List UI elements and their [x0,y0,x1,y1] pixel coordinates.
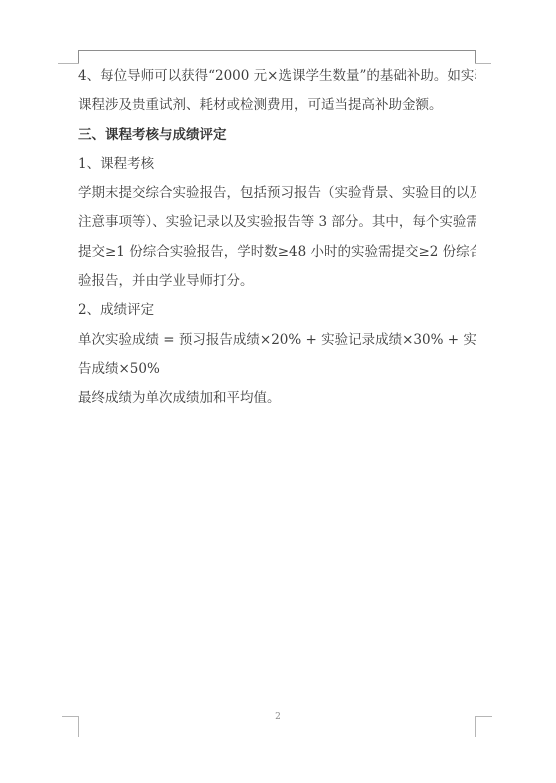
paragraph-line[interactable]: 4、每位导师可以获得“2000 元×选课学生数量”的基础补助。如实验 [78,62,476,91]
subsection-label[interactable]: 1、课程考核 [78,150,476,179]
document-body[interactable]: 4、每位导师可以获得“2000 元×选课学生数量”的基础补助。如实验 课程涉及贵… [78,62,476,414]
subsection-label[interactable]: 2、成绩评定 [78,296,476,325]
top-right-margin-corner-mark [475,63,491,64]
page-number: 2 [0,711,556,723]
paragraph-line[interactable]: 注意事项等）、实验记录以及实验报告等 3 部分。其中，每个实验需 [78,208,476,237]
header-boundary-line [78,50,476,51]
paragraph-line[interactable]: 验报告，并由学业导师打分。 [78,267,476,296]
top-left-margin-corner-mark [58,63,79,64]
section-heading[interactable]: 三、课程考核与成绩评定 [78,121,476,150]
paragraph-line[interactable]: 告成绩×50% [78,355,476,384]
document-page[interactable]: 4、每位导师可以获得“2000 元×选课学生数量”的基础补助。如实验 课程涉及贵… [0,0,556,783]
paragraph-line[interactable]: 最终成绩为单次成绩加和平均值。 [78,384,476,413]
paragraph-line[interactable]: 课程涉及贵重试剂、耗材或检测费用，可适当提高补助金额。 [78,91,476,120]
paragraph-line[interactable]: 提交≥1 份综合实验报告，学时数≥48 小时的实验需提交≥2 份综合实 [78,238,476,267]
paragraph-line[interactable]: 学期末提交综合实验报告，包括预习报告（实验背景、实验目的以及 [78,179,476,208]
paragraph-line[interactable]: 单次实验成绩 = 预习报告成绩×20% + 实验记录成绩×30% + 实验报 [78,326,476,355]
